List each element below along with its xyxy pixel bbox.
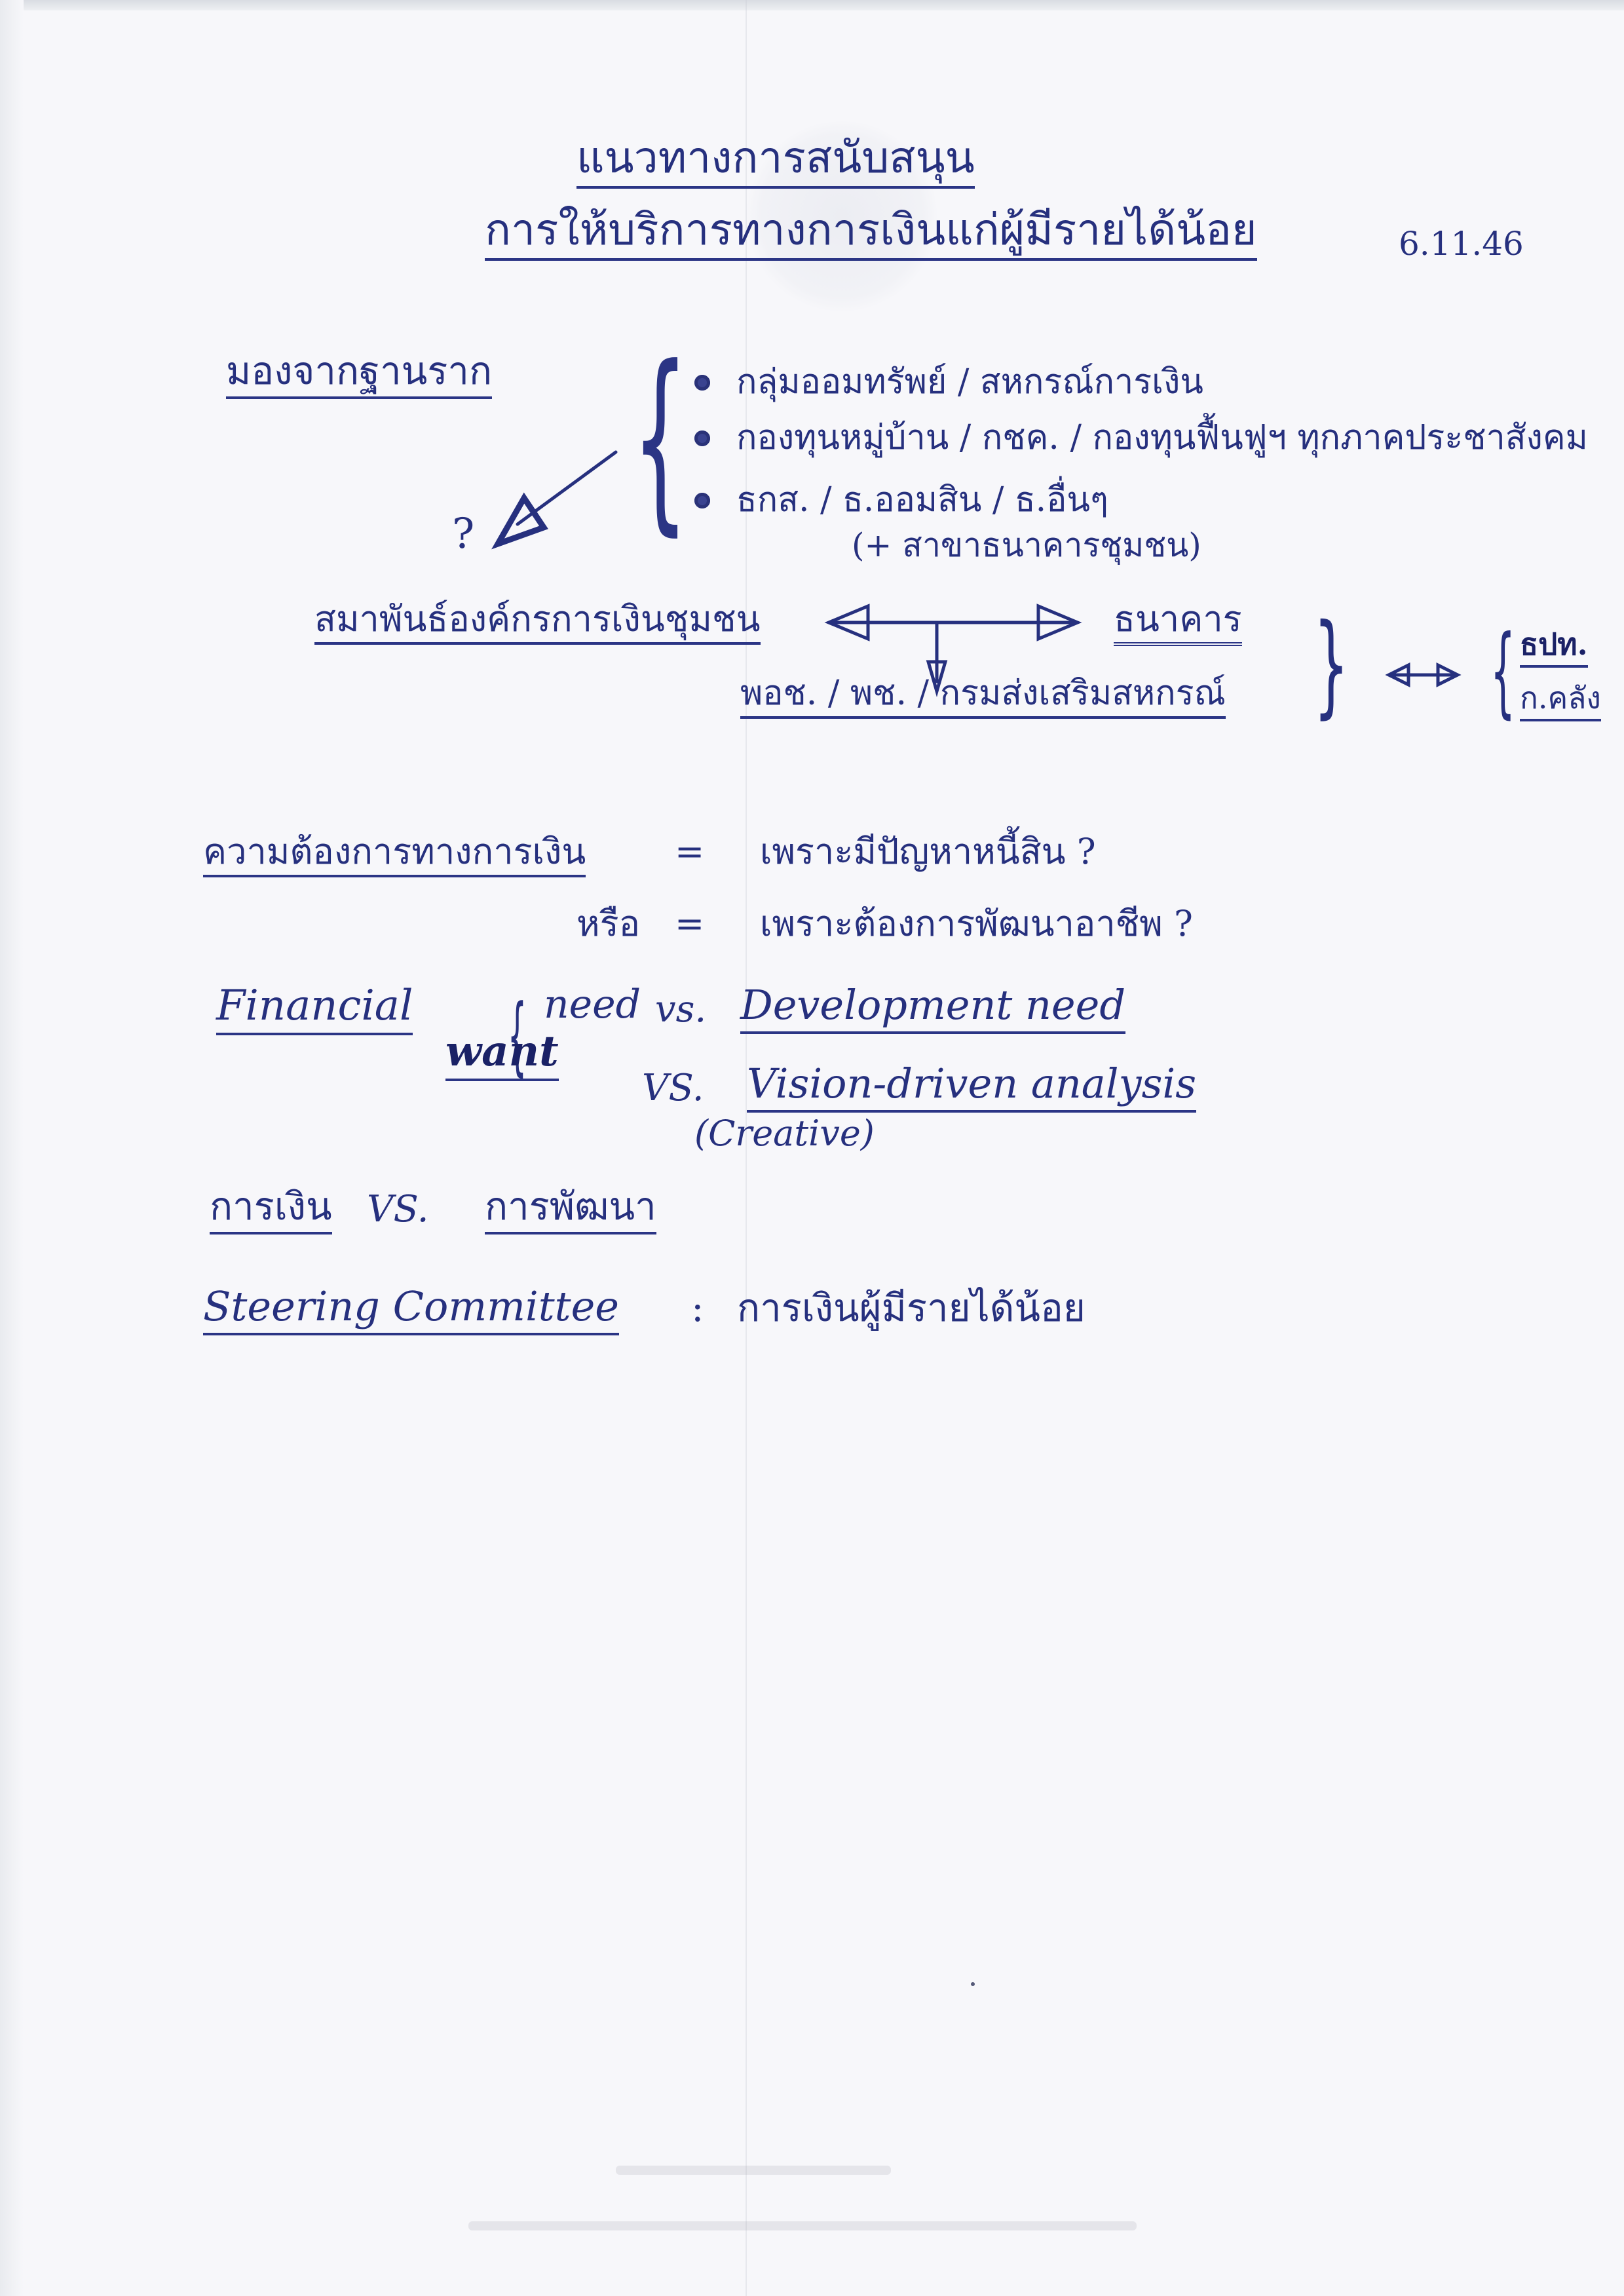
development-need-label: Development need (740, 983, 1125, 1034)
needs-answer-2: เพราะต้องการพัฒนาอาชีพ ? (760, 904, 1193, 943)
vision-driven-label: Vision-driven analysis (747, 1062, 1196, 1113)
equals-sign: = (675, 832, 704, 871)
want-label: want (445, 1029, 559, 1081)
development-label: การพัฒนา (485, 1186, 656, 1234)
financial-label: Financial (216, 983, 413, 1035)
right-brace-icon: } (1313, 609, 1349, 721)
regulator-item: ธปท. (1520, 628, 1588, 668)
steering-committee-value: การเงินผู้มีรายได้น้อย (737, 1288, 1086, 1330)
steering-committee-label: Steering Committee (203, 1284, 619, 1335)
finance-label: การเงิน (210, 1186, 332, 1234)
vs-label: VS. (642, 1068, 704, 1109)
vs-label: vs. (655, 989, 706, 1030)
network-left-node: สมาพันธ์องค์กรการเงินชุมชน (314, 600, 761, 645)
needs-answer-1: เพราะมีปัญหาหนี้สิน ? (760, 832, 1096, 871)
equals-sign: = (675, 904, 704, 943)
need-label: need (544, 983, 641, 1026)
network-bottom-node: พอช. / พช. / กรมส่งเสริมสหกรณ์ (740, 675, 1226, 719)
vs-label: VS. (367, 1189, 429, 1230)
stray-ink-dot (971, 1982, 975, 1986)
colon: : (691, 1288, 704, 1330)
regulator-item: ก.คลัง (1520, 681, 1601, 721)
creative-label: (Creative) (694, 1114, 875, 1153)
left-brace-icon: { (1490, 622, 1515, 721)
network-right-node: ธนาคาร (1114, 600, 1242, 646)
or-label: หรือ (576, 904, 640, 943)
needs-label: ความต้องการทางการเงิน (203, 832, 586, 877)
